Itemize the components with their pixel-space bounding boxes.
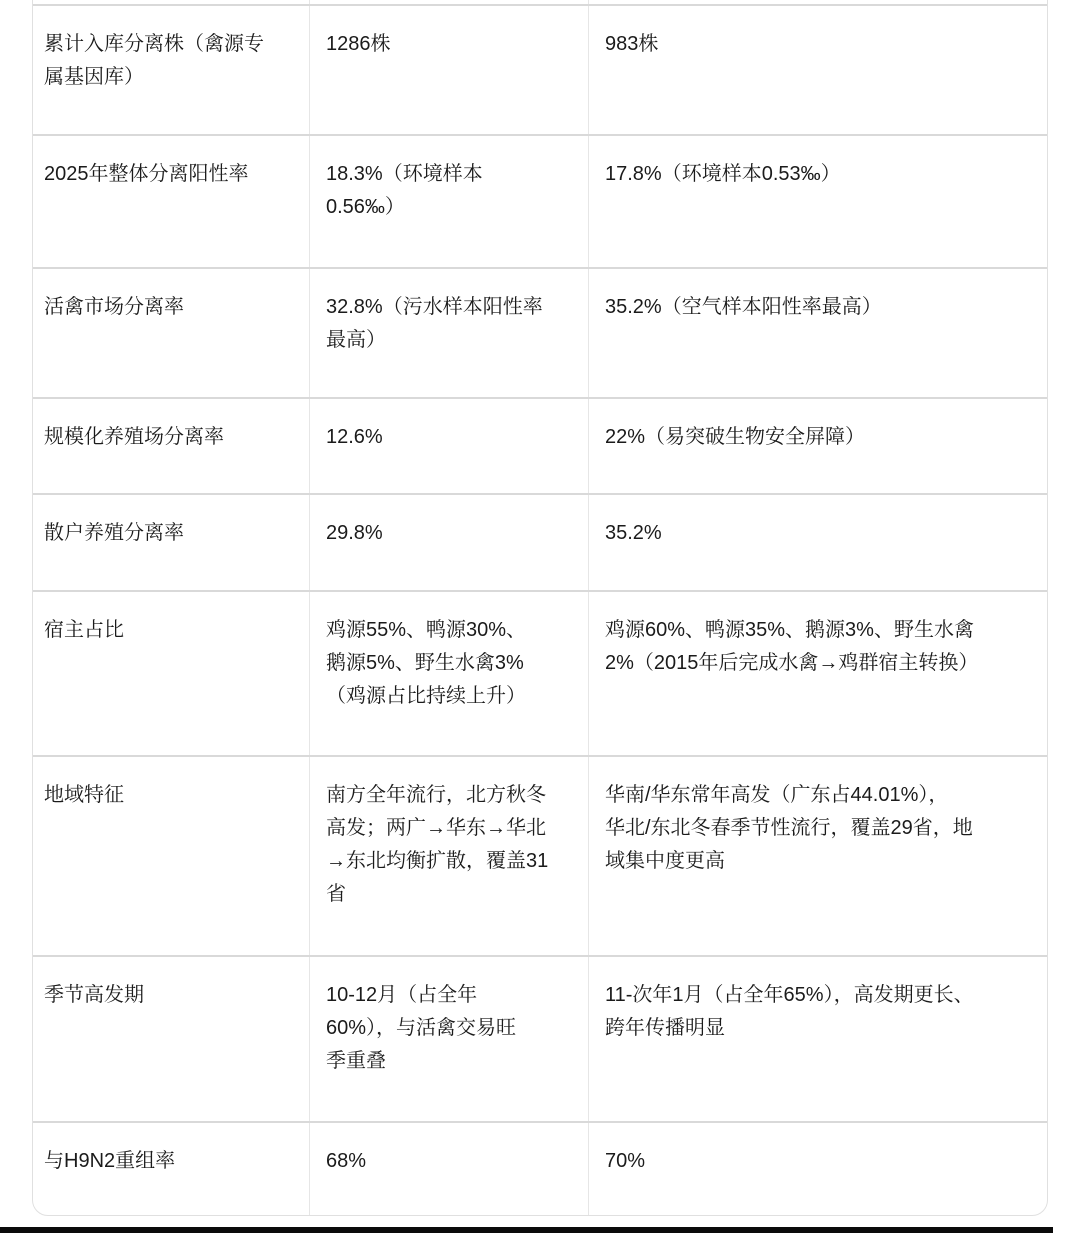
row-value-col2: 11-次年1月（占全年65%），高发期更长、 跨年传播明显 bbox=[588, 957, 1047, 1121]
row-value-col2: 22%（易突破生物安全屏障） bbox=[588, 399, 1047, 493]
row-value-col1: 68% bbox=[309, 1123, 588, 1215]
row-value-col1: 鸡源55%、鸭源30%、 鹅源5%、野生水禽3% （鸡源占比持续上升） bbox=[309, 592, 588, 755]
comparison-table-card: 累计入库分离株（禽源专 属基因库） 1286株 983株 2025年整体分离阳性… bbox=[32, 0, 1048, 1216]
row-value-col2 bbox=[588, 0, 1047, 4]
row-label: 季节高发期 bbox=[33, 957, 309, 1121]
row-value-col1: 1286株 bbox=[309, 6, 588, 134]
bottom-divider-bar bbox=[0, 1227, 1053, 1233]
row-value-col1 bbox=[309, 0, 588, 4]
row-value-col2: 鸡源60%、鸭源35%、鹅源3%、野生水禽 2%（2015年后完成水禽→鸡群宿主… bbox=[588, 592, 1047, 755]
row-label: 宿主占比 bbox=[33, 592, 309, 755]
row-value-col2: 华南/华东常年高发（广东占44.01%）， 华北/东北冬春季节性流行，覆盖29省… bbox=[588, 757, 1047, 955]
table-row-cropped bbox=[33, 0, 1047, 4]
row-value-col1: 10-12月（占全年 60%），与活禽交易旺 季重叠 bbox=[309, 957, 588, 1121]
row-value-col1: 18.3%（环境样本 0.56‰） bbox=[309, 136, 588, 267]
table-row: 累计入库分离株（禽源专 属基因库） 1286株 983株 bbox=[33, 4, 1047, 134]
row-value-col1: 南方全年流行，北方秋冬 高发；两广→华东→华北 →东北均衡扩散，覆盖31 省 bbox=[309, 757, 588, 955]
table-row: 2025年整体分离阳性率 18.3%（环境样本 0.56‰） 17.8%（环境样… bbox=[33, 134, 1047, 267]
row-value-col2: 35.2%（空气样本阳性率最高） bbox=[588, 269, 1047, 397]
row-label bbox=[33, 0, 309, 4]
row-label: 散户养殖分离率 bbox=[33, 495, 309, 590]
row-value-col2: 35.2% bbox=[588, 495, 1047, 590]
table-row: 季节高发期 10-12月（占全年 60%），与活禽交易旺 季重叠 11-次年1月… bbox=[33, 955, 1047, 1121]
row-value-col1: 12.6% bbox=[309, 399, 588, 493]
table-row: 宿主占比 鸡源55%、鸭源30%、 鹅源5%、野生水禽3% （鸡源占比持续上升）… bbox=[33, 590, 1047, 755]
table-row: 地域特征 南方全年流行，北方秋冬 高发；两广→华东→华北 →东北均衡扩散，覆盖3… bbox=[33, 755, 1047, 955]
row-label: 累计入库分离株（禽源专 属基因库） bbox=[33, 6, 309, 134]
table-row: 规模化养殖场分离率 12.6% 22%（易突破生物安全屏障） bbox=[33, 397, 1047, 493]
table-row: 散户养殖分离率 29.8% 35.2% bbox=[33, 493, 1047, 590]
row-label: 活禽市场分离率 bbox=[33, 269, 309, 397]
row-label: 与H9N2重组率 bbox=[33, 1123, 309, 1215]
row-label: 规模化养殖场分离率 bbox=[33, 399, 309, 493]
row-value-col2: 983株 bbox=[588, 6, 1047, 134]
table-row: 与H9N2重组率 68% 70% bbox=[33, 1121, 1047, 1215]
row-value-col2: 70% bbox=[588, 1123, 1047, 1215]
table-row: 活禽市场分离率 32.8%（污水样本阳性率 最高） 35.2%（空气样本阳性率最… bbox=[33, 267, 1047, 397]
row-value-col1: 32.8%（污水样本阳性率 最高） bbox=[309, 269, 588, 397]
row-value-col2: 17.8%（环境样本0.53‰） bbox=[588, 136, 1047, 267]
row-value-col1: 29.8% bbox=[309, 495, 588, 590]
row-label: 地域特征 bbox=[33, 757, 309, 955]
row-label: 2025年整体分离阳性率 bbox=[33, 136, 309, 267]
